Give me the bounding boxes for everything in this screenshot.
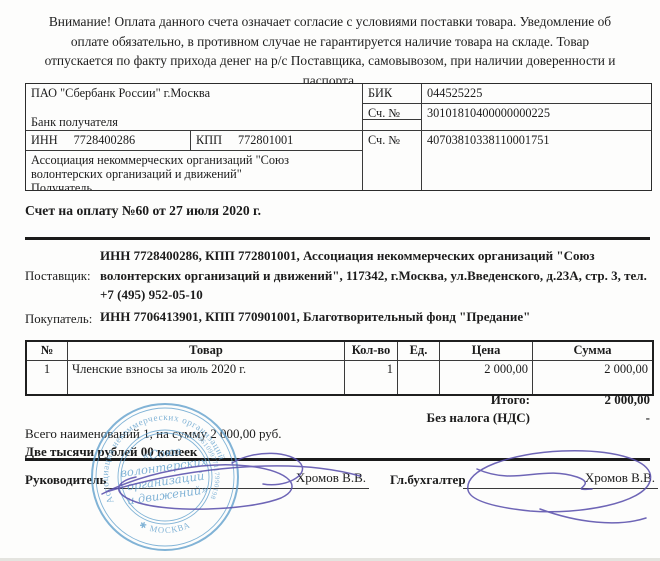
col-header-number: № <box>27 342 67 360</box>
inn-kpp-row: ИНН7728400286 КПП772801001 <box>26 131 362 150</box>
bank-name: ПАО "Сбербанк России" г.Москва <box>31 86 357 100</box>
accountant-autograph-tail <box>540 509 646 523</box>
corr-account-label: Сч. № <box>363 104 421 119</box>
recipient-name: Ассоциация некоммерческих организаций "С… <box>31 153 357 181</box>
buyer-label: Покупатель: <box>25 312 92 327</box>
items-table: № Товар Кол-во Ед. Цена Сумма 1 Членские… <box>25 340 654 396</box>
account-label: Сч. № <box>363 131 421 190</box>
bik-label: БИК <box>363 84 421 103</box>
col-header-sum: Сумма <box>533 342 652 360</box>
bik-value: 044525225 <box>422 84 651 103</box>
attention-text: Внимание! Оплата данного счета означает … <box>37 12 623 90</box>
recipient-cell-label: Получатель <box>31 181 357 190</box>
col-header-product: Товар <box>68 342 344 360</box>
kpp-cell: КПП772801001 <box>191 131 362 150</box>
bank-cell: ПАО "Сбербанк России" г.Москва Банк полу… <box>26 84 362 130</box>
total-value: 2 000,00 <box>530 391 650 409</box>
item-row-price: 2 000,00 <box>440 361 532 394</box>
section-divider <box>25 237 650 240</box>
item-row-product: Членские взносы за июль 2020 г. <box>68 361 344 394</box>
supplier-label: Поставщик: <box>25 269 91 284</box>
supplier-value: ИНН 7728400286, КПП 772801001, Ассоциаци… <box>100 246 648 305</box>
col-header-price: Цена <box>440 342 532 360</box>
director-name: Хромов В.В. <box>296 470 366 485</box>
company-stamp: Ассоциация некоммерческих организаций ✱ … <box>89 401 241 553</box>
col-header-qty: Кол-во <box>345 342 397 360</box>
item-row-unit <box>398 361 439 394</box>
kpp-label: КПП <box>196 133 222 147</box>
item-row-qty: 1 <box>345 361 397 394</box>
invoice-title: Счет на оплату №60 от 27 июля 2020 г. <box>25 203 261 219</box>
inn-label: ИНН <box>31 133 58 147</box>
account-value: 40703810338110001751 <box>422 131 651 190</box>
buyer-value: ИНН 7706413901, КПП 770901001, Благотвор… <box>100 307 648 327</box>
item-row-number: 1 <box>27 361 67 394</box>
bank-cell-label: Банк получателя <box>31 115 357 129</box>
accountant-name: Хромов В.В. <box>585 470 655 485</box>
no-vat-value: - <box>530 409 650 427</box>
corr-account-value: 30101810400000000225 <box>422 104 651 130</box>
inn-value: 7728400286 <box>74 133 135 147</box>
invoice-document: Внимание! Оплата данного счета означает … <box>0 0 660 561</box>
accountant-label: Гл.бухгалтер <box>390 472 466 488</box>
col-header-unit: Ед. <box>398 342 439 360</box>
accountant-signature-line: Хромов В.В. <box>463 470 658 489</box>
inn-cell: ИНН7728400286 <box>26 131 190 150</box>
empty-cell <box>363 120 421 130</box>
bank-requisites-table: ПАО "Сбербанк России" г.Москва Банк полу… <box>25 83 652 191</box>
item-row-sum: 2 000,00 <box>533 361 652 394</box>
kpp-value: 772801001 <box>238 133 293 147</box>
recipient-cell: Ассоциация некоммерческих организаций "С… <box>26 151 362 190</box>
